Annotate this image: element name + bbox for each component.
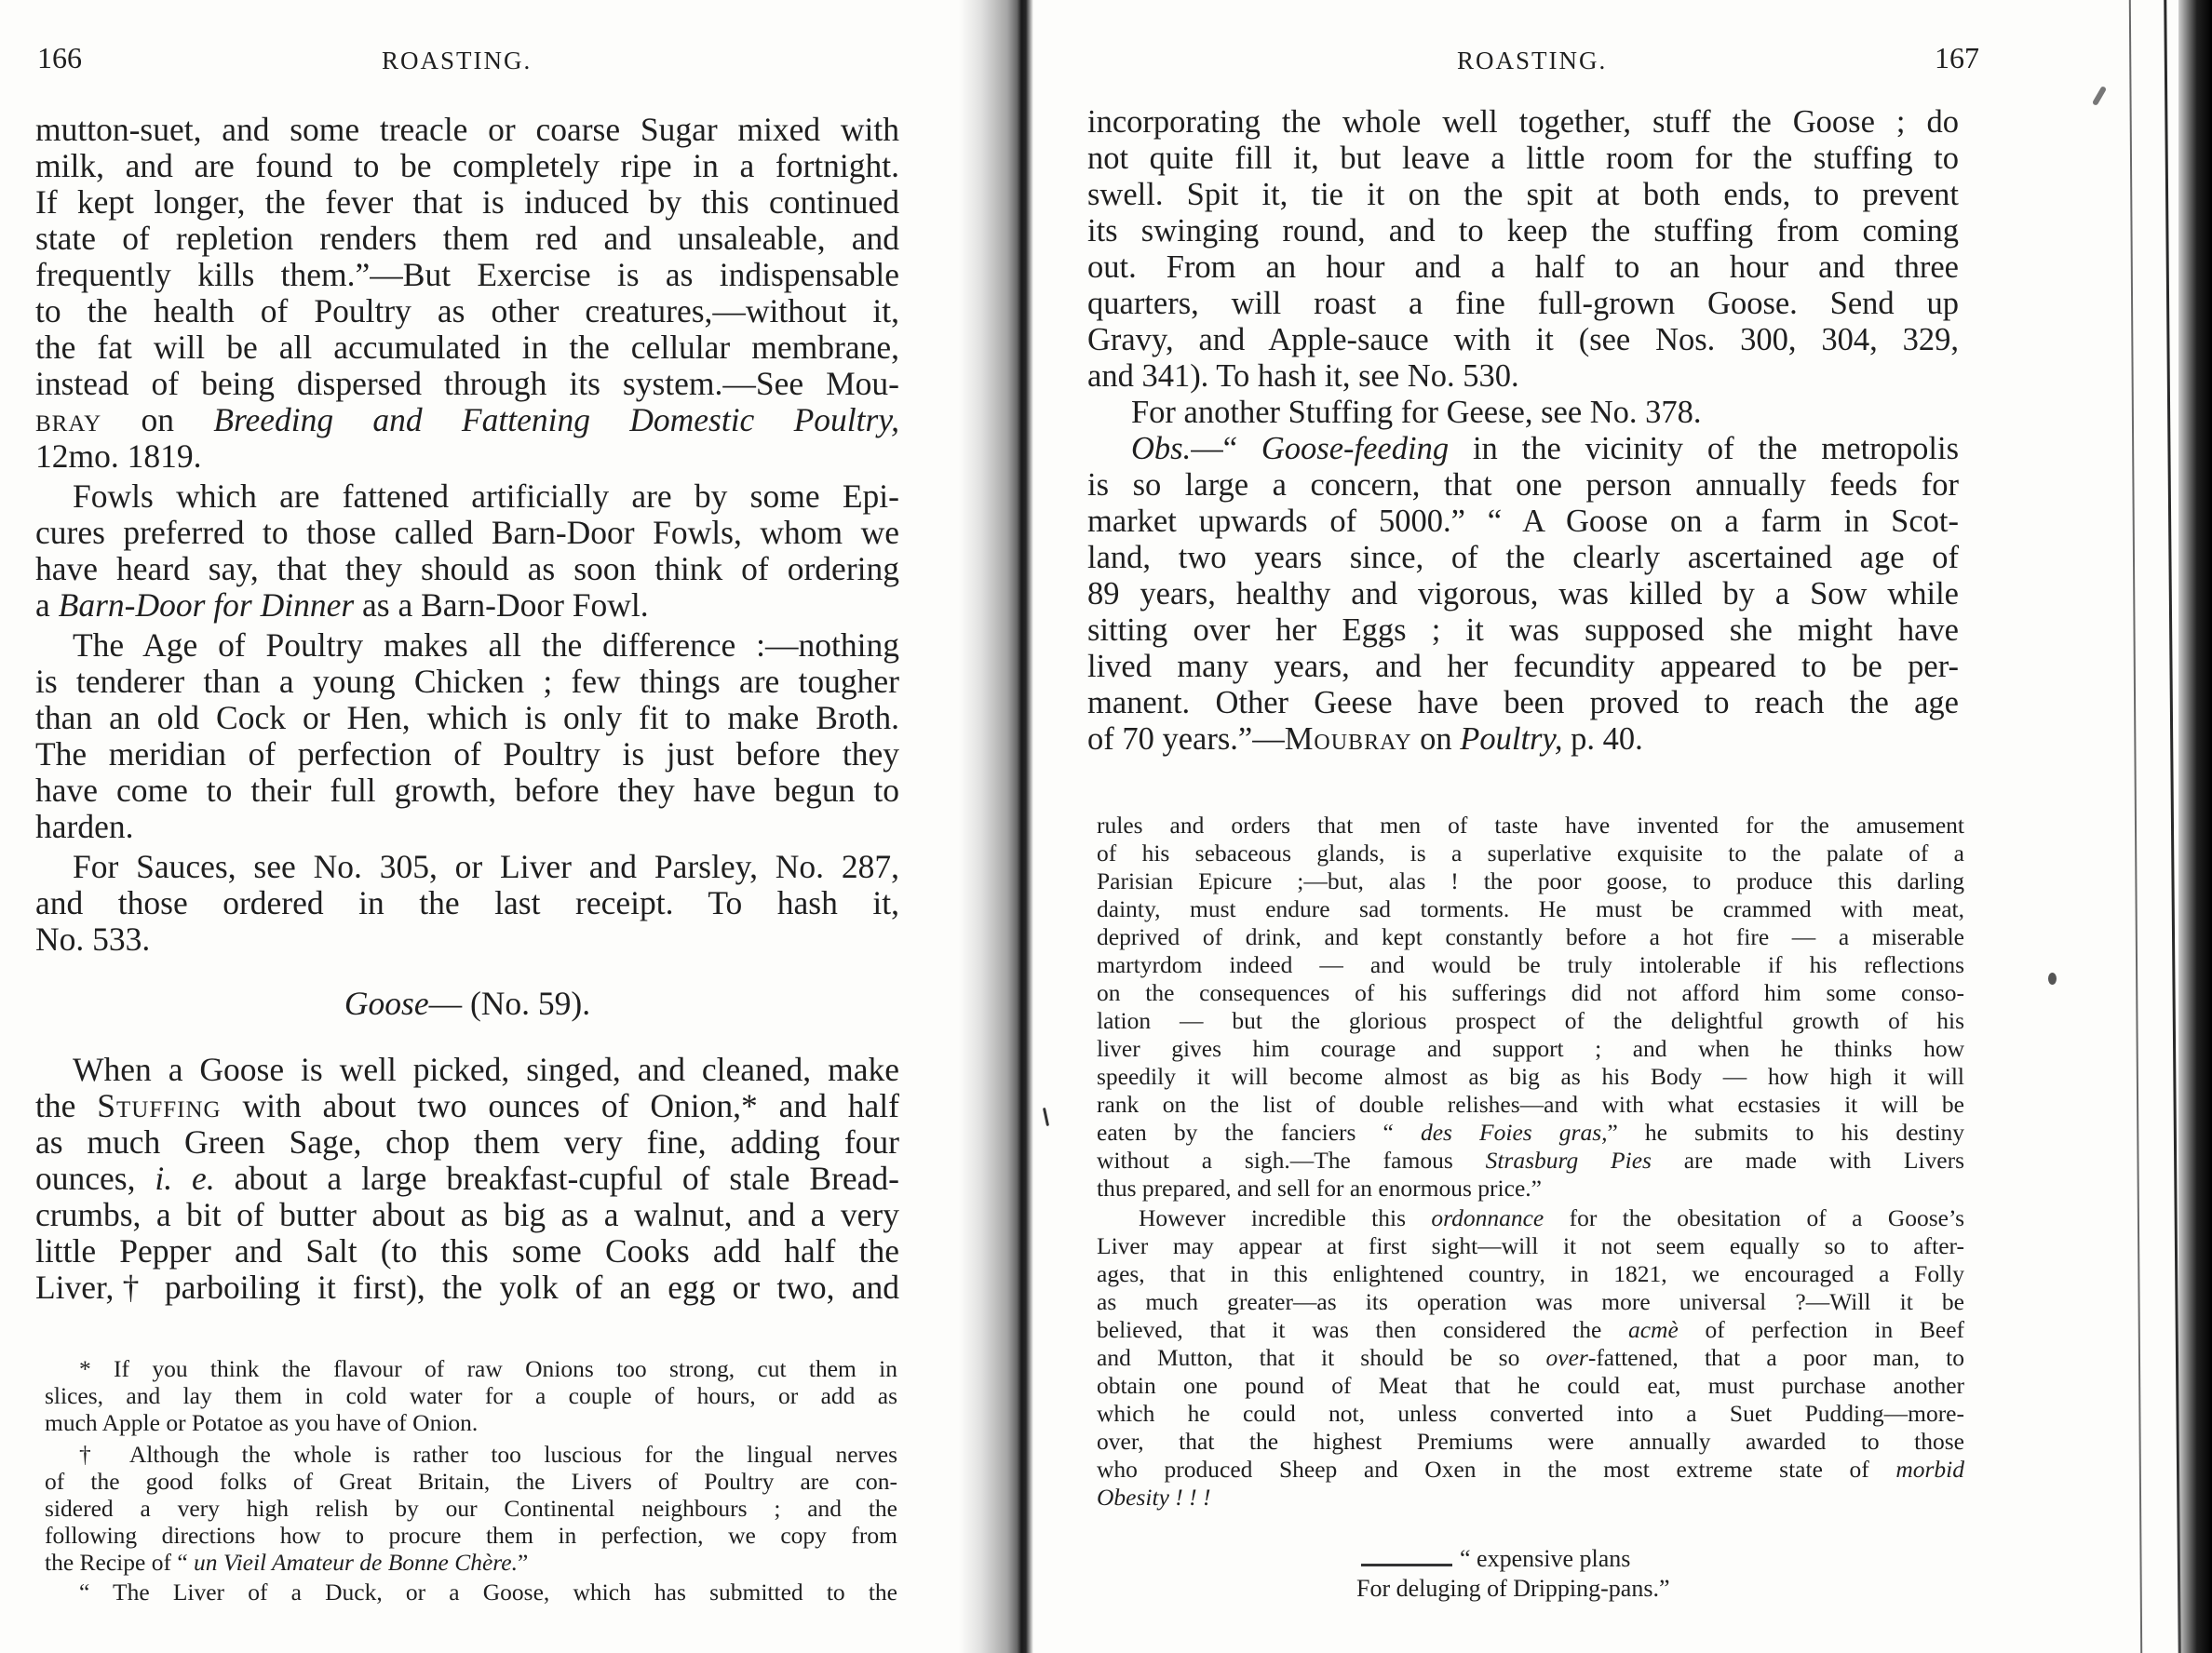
running-head: ROASTING. [382, 47, 532, 75]
footnote-line: over, that the highest Premiums were ann… [1097, 1428, 1964, 1456]
footnote-line: of his sebaceous glands, is a superlativ… [1097, 840, 1964, 867]
footnote-line: the Recipe of “ un Vieil Amateur de Bonn… [45, 1549, 897, 1577]
text-line: and those ordered in the last receipt. T… [35, 883, 899, 922]
footnote-line: obtain one pound of Meat that he could e… [1097, 1372, 1964, 1400]
text-line: have come to their full growth, before t… [35, 771, 899, 810]
footnote-line: Obesity ! ! ! [1097, 1484, 1964, 1512]
footnote-line: which he could not, unless converted int… [1097, 1400, 1964, 1428]
footnote-line: * If you think the flavour of raw Onions… [79, 1355, 897, 1383]
text-line: a Barn-Door for Dinner as a Barn-Door Fo… [35, 585, 899, 625]
text-line: swell. Spit it, tie it on the spit at bo… [1087, 177, 1959, 213]
text-line: manent. Other Geese have been proved to … [1087, 685, 1959, 721]
footnote-line: martyrdom indeed — and would be truly in… [1097, 951, 1964, 979]
footnote-line: sidered a very high relish by our Contin… [45, 1495, 897, 1523]
text-line: No. 533. [35, 920, 899, 959]
text-line: to the health of Poultry as other creatu… [35, 291, 899, 330]
ink-mark [1043, 1108, 1049, 1126]
book-gutter [959, 0, 1033, 1653]
footnote-line: who produced Sheep and Oxen in the most … [1097, 1456, 1964, 1484]
footnote-line: However incredible this ordonnance for t… [1139, 1204, 1964, 1232]
footnote-line: eaten by the fanciers “ des Foies gras,”… [1097, 1119, 1964, 1147]
footnote-line: lation — but the glorious prospect of th… [1097, 1007, 1964, 1035]
text-line: quarters, will roast a fine full-grown G… [1087, 286, 1959, 322]
citation-line: bray on Breeding and Fattening Domestic … [35, 400, 899, 439]
ink-mark [2048, 973, 2057, 985]
footnote-line: ages, that in this enlightened country, … [1097, 1260, 1964, 1288]
text-line: the fat will be all accumulated in the c… [35, 328, 899, 367]
text-line: than an old Cock or Hen, which is only f… [35, 698, 899, 737]
book-spread: 166 ROASTING. mutton-suet, and some trea… [0, 0, 2212, 1653]
text-line: harden. [35, 807, 899, 846]
verse-rule [1361, 1564, 1452, 1566]
text-line: not quite fill it, but leave a little ro… [1087, 141, 1959, 177]
text-line: the Stuffing with about two ounces of On… [35, 1086, 899, 1125]
footnote-line: † Although the whole is rather too lusci… [79, 1441, 897, 1469]
footnote-line: Parisian Epicure ;—but, alas ! the poor … [1097, 867, 1964, 895]
text-line: have heard say, that they should as soon… [35, 549, 899, 588]
text-line: out. From an hour and a half to an hour … [1087, 249, 1959, 286]
verse-line: For deluging of Dripping-pans.” [1356, 1575, 1670, 1603]
text-line: If kept longer, the fever that is induce… [35, 182, 899, 222]
text-line: is so large a concern, that one person a… [1087, 467, 1959, 504]
text-line: cures preferred to those called Barn-Doo… [35, 513, 899, 552]
text-line: For another Stuffing for Geese, see No. … [1131, 395, 1959, 431]
footnote-line: much Apple or Potatoe as you have of Oni… [45, 1409, 897, 1437]
text-line: and 341). To hash it, see No. 530. [1087, 358, 1959, 395]
page-edge-line [2129, 0, 2142, 1653]
text-line: For Sauces, see No. 305, or Liver and Pa… [73, 847, 899, 886]
text-line: The meridian of perfection of Poultry is… [35, 734, 899, 773]
running-head: ROASTING. [1457, 47, 1607, 75]
ink-mark [2092, 86, 2107, 106]
text-line: lived many years, and her fecundity appe… [1087, 649, 1959, 685]
text-line: 12mo. 1819. [35, 437, 899, 476]
text-line: market upwards of 5000.” “ A Goose on a … [1087, 504, 1959, 540]
footnote-line: following directions how to procure them… [45, 1522, 897, 1550]
text-line: Fowls which are fattened artificially ar… [73, 477, 899, 516]
page-edge-shadow [2178, 0, 2212, 1653]
footnote-line: rank on the list of double relishes—and … [1097, 1091, 1964, 1119]
footnote-line: as much greater—as its operation was mor… [1097, 1288, 1964, 1316]
footnote-line: “ The Liver of a Duck, or a Goose, which… [79, 1579, 897, 1606]
footnote-line: dainty, must endure sad torments. He mus… [1097, 895, 1964, 923]
text-line: its swinging round, and to keep the stuf… [1087, 213, 1959, 249]
text-line: When a Goose is well picked, singed, and… [73, 1050, 899, 1089]
footnote-line: and Mutton, that it should be so over-fa… [1097, 1344, 1964, 1372]
text-line: The Age of Poultry makes all the differe… [73, 625, 899, 665]
footnote-line: Liver may appear at first sight—will it … [1097, 1232, 1964, 1260]
citation-line: of 70 years.”—Moubray on Poultry, p. 40. [1087, 721, 1959, 758]
text-line: little Pepper and Salt (to this some Coo… [35, 1231, 899, 1270]
text-line: is tenderer than a young Chicken ; few t… [35, 662, 899, 701]
text-line: state of repletion renders them red and … [35, 219, 899, 258]
text-line: ounces, i. e. about a large breakfast-cu… [35, 1159, 899, 1198]
page-number: 167 [1935, 41, 1979, 75]
text-line: sitting over her Eggs ; it was supposed … [1087, 612, 1959, 649]
footnote-line: speedily it will become almost as big as… [1097, 1063, 1964, 1091]
footnote-line: without a sigh.—The famous Strasburg Pie… [1097, 1147, 1964, 1175]
text-line: Liver,† parboiling it first), the yolk o… [35, 1268, 899, 1307]
footnote-line: deprived of drink, and kept constantly b… [1097, 923, 1964, 951]
text-line: milk, and are found to be completely rip… [35, 146, 899, 185]
footnote-line: liver gives him courage and support ; an… [1097, 1035, 1964, 1063]
recipe-heading: Goose— (No. 59). [35, 984, 899, 1023]
footnote-line: on the consequences of his sufferings di… [1097, 979, 1964, 1007]
text-line: mutton-suet, and some treacle or coarse … [35, 110, 899, 149]
footnote-line: slices, and lay them in cold water for a… [45, 1382, 897, 1410]
footnote-line: thus prepared, and sell for an enormous … [1097, 1175, 1964, 1203]
footnote-line: of the good folks of Great Britain, the … [45, 1468, 897, 1496]
footnote-line: believed, that it was then considered th… [1097, 1316, 1964, 1344]
footnote-line: rules and orders that men of taste have … [1097, 812, 1964, 840]
text-line: instead of being dispersed through its s… [35, 364, 899, 403]
text-line: as much Green Sage, chop them very fine,… [35, 1122, 899, 1162]
page-number: 166 [37, 41, 82, 75]
obs-line: Obs.—“ Goose-feeding in the vicinity of … [1131, 431, 1959, 467]
text-line: land, two years since, of the clearly as… [1087, 540, 1959, 576]
text-line: crumbs, a bit of butter about as big as … [35, 1195, 899, 1234]
text-line: incorporating the whole well together, s… [1087, 104, 1959, 141]
text-line: Gravy, and Apple-sauce with it (see Nos.… [1087, 322, 1959, 358]
text-line: 89 years, healthy and vigorous, was kill… [1087, 576, 1959, 612]
text-line: frequently kills them.”—But Exercise is … [35, 255, 899, 294]
verse-line: “ expensive plans [1460, 1545, 1630, 1573]
